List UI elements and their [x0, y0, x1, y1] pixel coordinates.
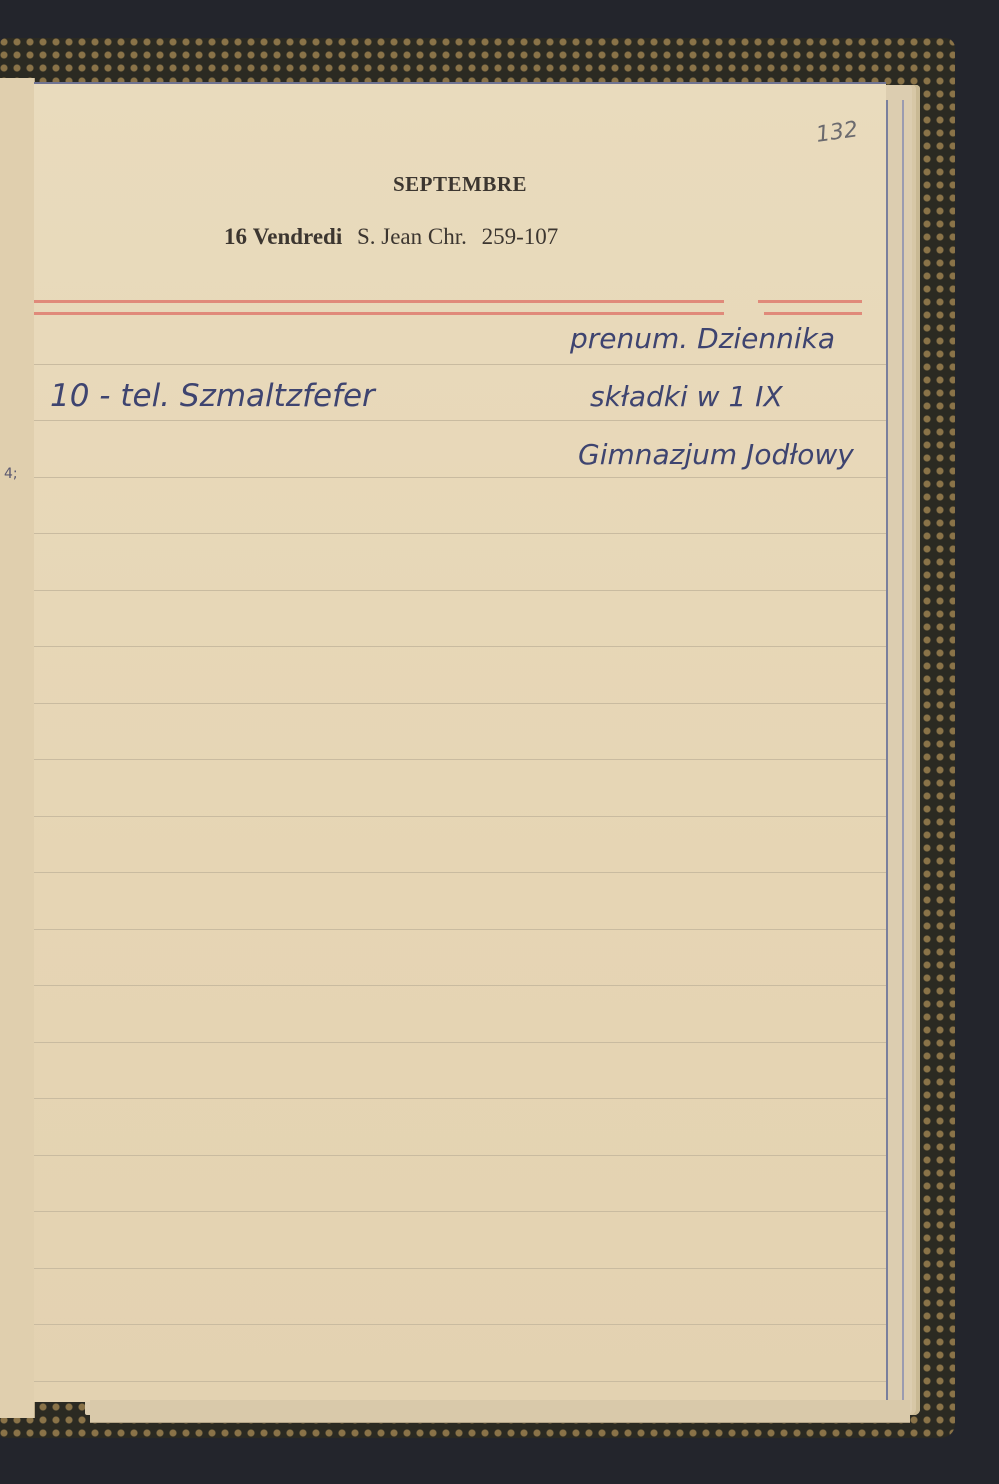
day-number: 16	[224, 224, 247, 249]
month-heading: SEPTEMBRE	[34, 172, 886, 197]
handwritten-entry-right-3: Gimnazjum Jodłowy	[578, 438, 854, 471]
page-edge-line	[886, 100, 888, 1400]
handwritten-entry-left: 10 - tel. Szmaltzfefer	[50, 378, 375, 414]
red-rule-bottom	[34, 312, 724, 315]
diary-page: 132 SEPTEMBRE 16 Vendredi S. Jean Chr. 2…	[34, 82, 886, 1402]
page-bottom-edge	[90, 1400, 910, 1423]
red-rule-top-right	[758, 300, 862, 303]
margin-note: 4;	[4, 466, 18, 482]
left-page-edge: 4;	[0, 78, 35, 1418]
saint-name: S. Jean Chr.	[357, 224, 467, 249]
handwritten-entry-right-2: składki w 1 IX	[590, 380, 783, 413]
page-edge-line-2	[902, 100, 904, 1400]
day-counter: 259-107	[482, 224, 559, 249]
page-number: 132	[814, 117, 859, 148]
weekday: Vendredi	[253, 224, 342, 249]
red-rule-bottom-right	[764, 312, 862, 315]
handwritten-entry-right-1: prenum. Dziennika	[570, 322, 835, 355]
day-heading: 16 Vendredi S. Jean Chr. 259-107	[224, 224, 567, 250]
red-rule-top	[34, 300, 724, 303]
